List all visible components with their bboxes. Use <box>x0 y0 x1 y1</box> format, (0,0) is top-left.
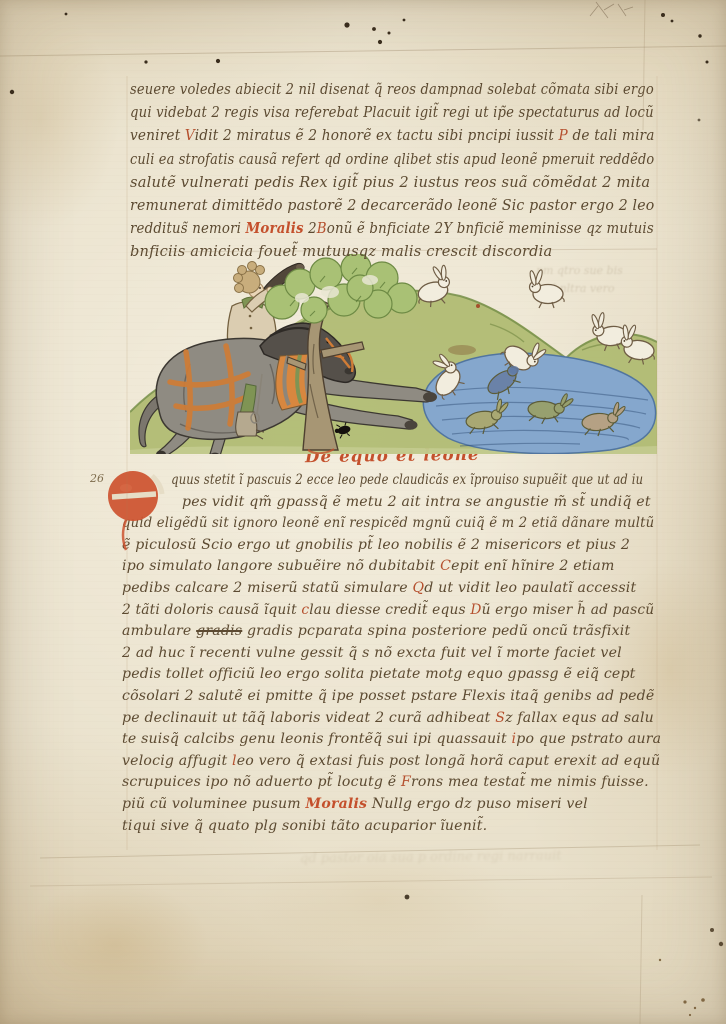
red-bug-dot <box>476 304 480 308</box>
illustration: pm qtro sue bis qd nltra vero <box>130 254 657 454</box>
text-line: ipo simulato langore subuẽire nõ dubit… <box>122 556 657 578</box>
text-line: velocig affugit leo vero q̃ extasi fuis … <box>122 751 657 773</box>
svg-text:pm qtro sue bis: pm qtro sue bis <box>536 264 623 277</box>
text-line: bnficiis amicicia fouet̃ mutuusqz malis … <box>130 240 657 263</box>
manuscript-page: qd pastor oia sua p ordine regi narrauit <box>0 0 726 1024</box>
text-line: tiqui sive q̃ quato plg sonibi tãto acu… <box>122 816 657 838</box>
text-line: quus stetit ĩ pascuis 2 ecce leo pede c… <box>122 470 560 492</box>
text-line: culi ea strofatis causã refert qd ordin… <box>130 148 596 171</box>
text-block-2: quus stetit ĩ pascuis 2 ecce leo pede c… <box>122 470 657 837</box>
text-line: quid eligẽdũ sit ignoro leonẽ enĩ re… <box>122 513 623 535</box>
show-through-text: qd pastor oia sua p ordine regi narrauit <box>300 849 562 867</box>
text-line: remunerat dimittẽdo pastorẽ 2 decarcer… <box>130 194 640 217</box>
text-line: veniret Vidit 2 miratus ẽ 2 honorẽ ex … <box>130 124 623 147</box>
text-line: piũ cũ voluminee pusum Moralis Nullg e… <box>122 794 657 816</box>
text-line: pes vidit qm̃ gpassq̃ ẽ metu 2 ait intr… <box>122 492 657 514</box>
text-line: cõsolari 2 salutẽ ei pmitte q̃ ipe pos… <box>122 686 657 708</box>
folio-margin-number: 26 <box>90 472 104 485</box>
mud-patch <box>448 345 476 355</box>
text-line: ẽ piculosũ Scio ergo ut gnobilis pt̃ l… <box>122 535 657 557</box>
text-line: pedibs calcare 2 miserũ statũ simulare… <box>122 578 657 600</box>
text-line: scrupuices ipo nõ aduerto pt̃ locutg ẽ… <box>122 772 657 794</box>
text-line: 2 ad huc ĩ recenti vulne gessit q̃ s no… <box>122 643 657 665</box>
text-line: qui videbat 2 regis visa referebat Placu… <box>130 101 607 124</box>
drop-cap-initial <box>106 466 168 562</box>
text-line: salutẽ vulnerati pedis Rex igit̃ pius 2… <box>130 171 657 194</box>
text-line: te suisq̃ calcibs genu leonis frontẽq̃ … <box>122 729 657 751</box>
text-line: 2 tãti doloris causã ĩquit clau diess… <box>122 600 644 622</box>
text-line: pedis tollet officiũ leo ergo solita pi… <box>122 664 657 686</box>
text-line: ambulare gradis gradis pcparata spina po… <box>122 621 657 643</box>
text-line: pe declinauit ut tãq̃ laboris videat 2 … <box>122 708 657 730</box>
text-line: redditus̃ nemori Moralis 2Bonũ ẽ bnfic… <box>130 217 611 240</box>
dipped-muzzle <box>509 366 519 374</box>
text-block-1: seuere voledes abiecit 2 nil disenat q̃ … <box>130 78 657 264</box>
text-line: seuere voledes abiecit 2 nil disenat q̃ … <box>130 78 601 101</box>
